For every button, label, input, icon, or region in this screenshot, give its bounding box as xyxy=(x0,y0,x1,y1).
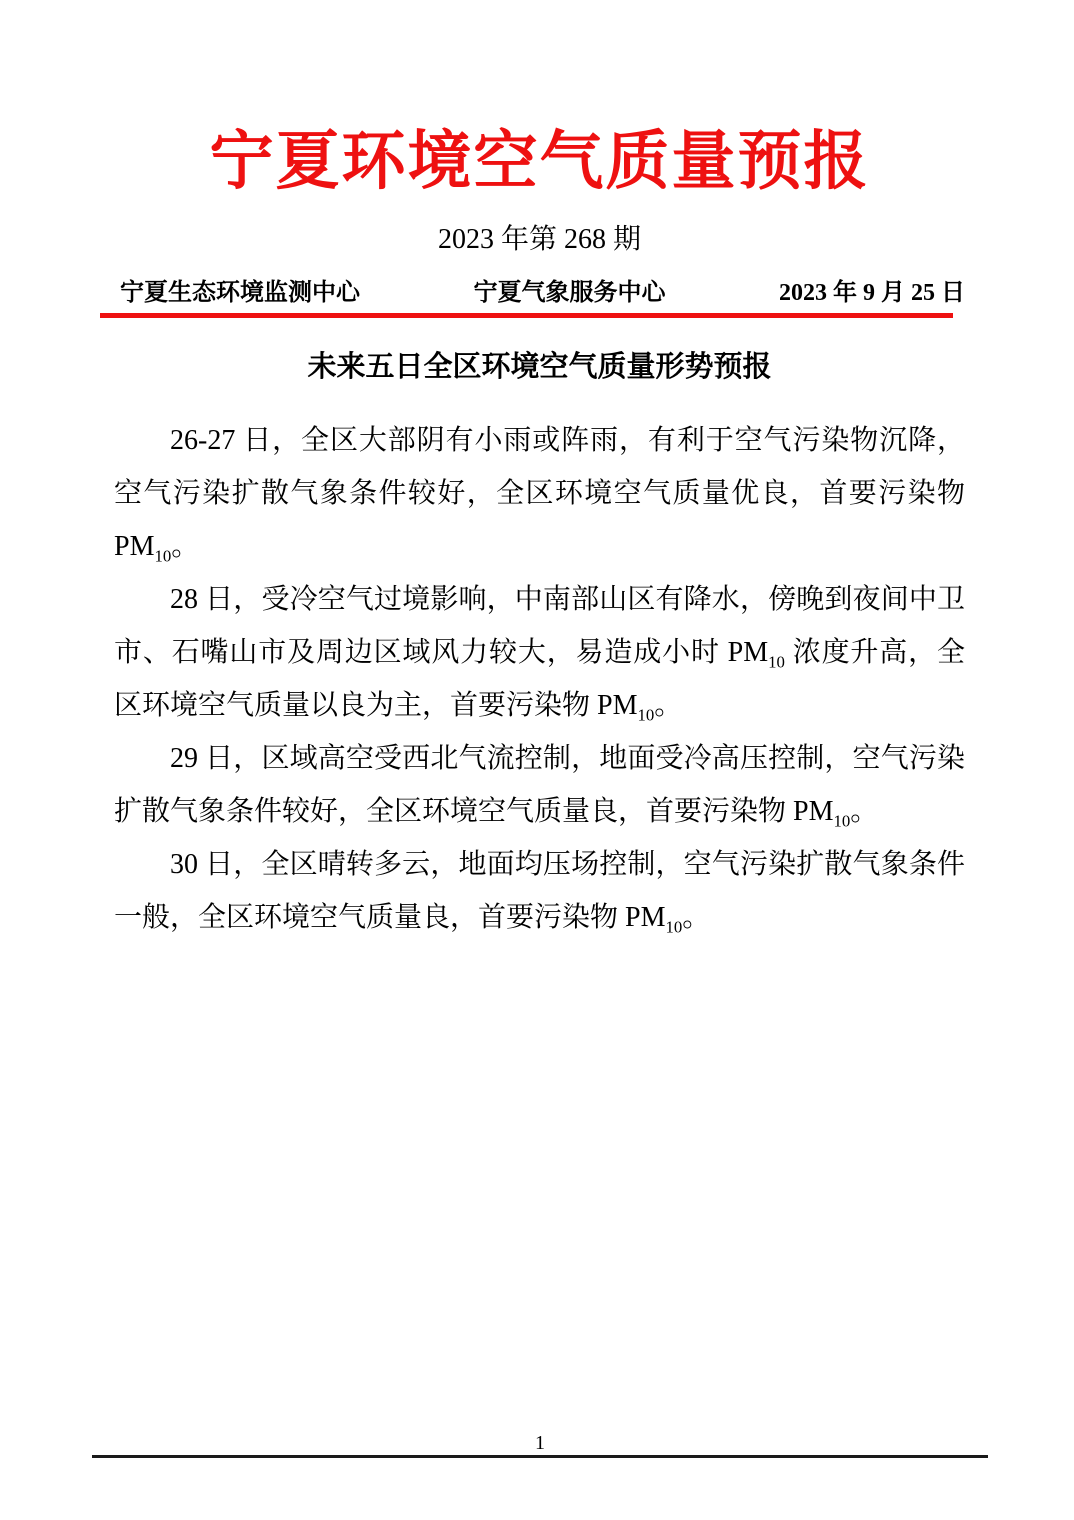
forecast-paragraph-30: 30 日，全区晴转多云，地面均压场控制，空气污染扩散气象条件一般，全区环境空气质… xyxy=(114,838,965,944)
bulletin-title: 宁夏环境空气质量预报 xyxy=(114,0,965,206)
forecast-paragraph-26-27: 26-27 日，全区大部阴有小雨或阵雨，有利于空气污染物沉降，空气污染扩散气象条… xyxy=(114,414,965,573)
section-title: 未来五日全区环境空气质量形势预报 xyxy=(114,348,965,386)
forecast-paragraph-29: 29 日，区域高空受西北气流控制，地面受冷高压控制，空气污染扩散气象条件较好，全… xyxy=(114,732,965,838)
footer-divider-rule xyxy=(92,1455,988,1458)
page-footer: 1 xyxy=(92,1431,988,1458)
document-content: 宁夏环境空气质量预报 2023 年第 268 期 宁夏生态环境监测中心 宁夏气象… xyxy=(114,0,965,944)
header-divider-rule xyxy=(100,313,953,318)
issue-number: 2023 年第 268 期 xyxy=(114,222,965,258)
document-page: 宁夏环境空气质量预报 2023 年第 268 期 宁夏生态环境监测中心 宁夏气象… xyxy=(0,0,1074,1520)
org-monitoring-center: 宁夏生态环境监测中心 xyxy=(120,279,360,308)
issue-date: 2023 年 9 月 25 日 xyxy=(779,279,965,308)
page-number: 1 xyxy=(92,1431,988,1455)
org-weather-center: 宁夏气象服务中心 xyxy=(474,279,666,308)
masthead-row: 宁夏生态环境监测中心 宁夏气象服务中心 2023 年 9 月 25 日 xyxy=(114,279,965,308)
forecast-paragraph-28: 28 日，受冷空气过境影响，中南部山区有降水，傍晚到夜间中卫市、石嘴山市及周边区… xyxy=(114,573,965,732)
